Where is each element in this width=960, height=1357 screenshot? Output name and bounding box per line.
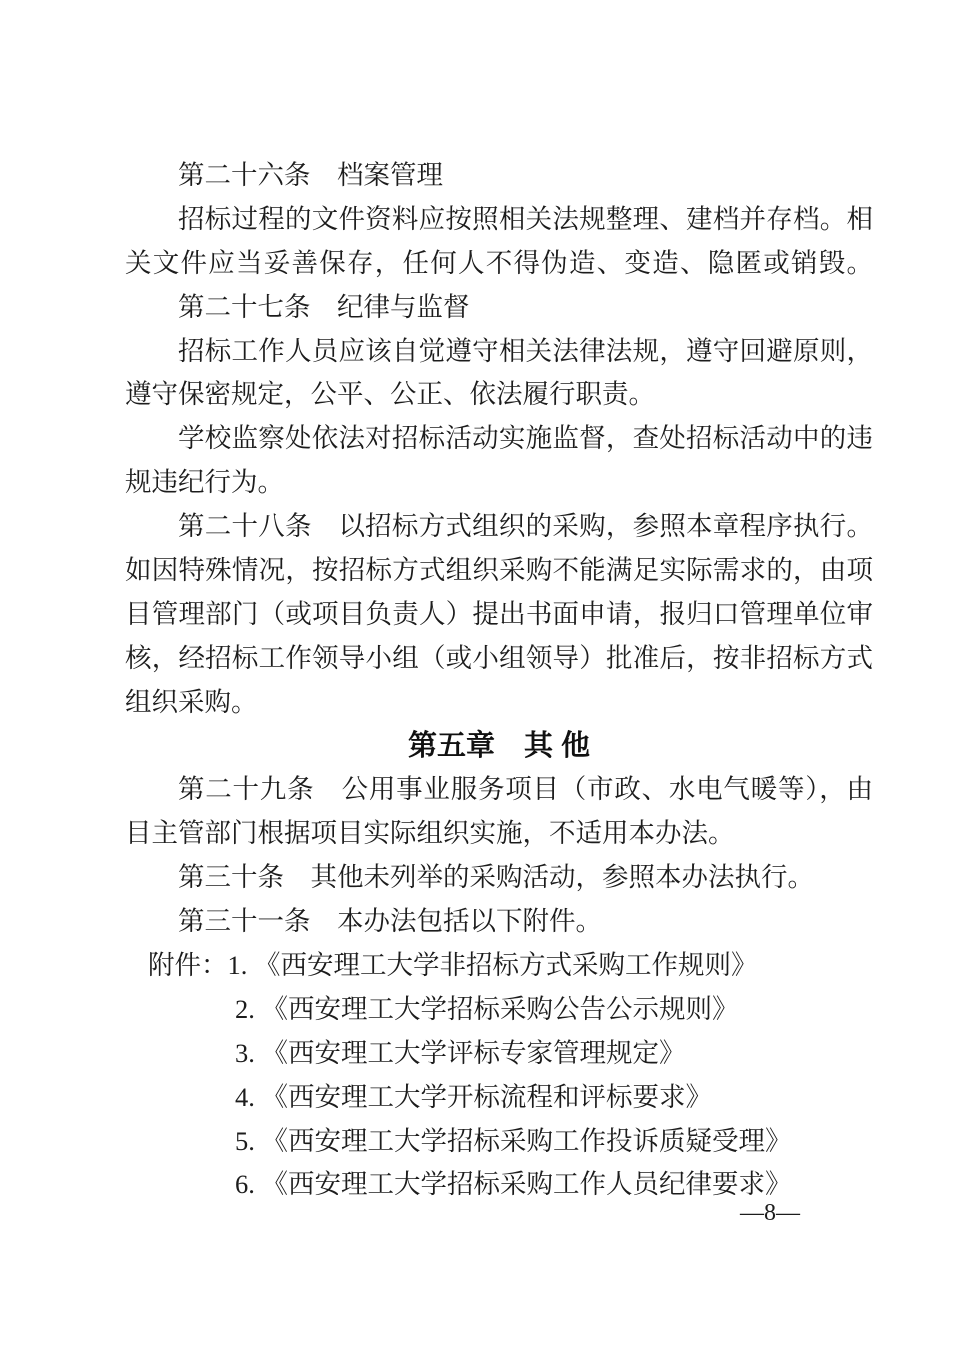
document-line: 如因特殊情况，按招标方式组织采购不能满足实际需求的，由项: [125, 549, 873, 593]
attachment-item: 4. 《西安理工大学开标流程和评标要求》: [125, 1076, 873, 1120]
article-31-line: 第三十一条 本办法包括以下附件。: [125, 900, 873, 944]
attachment-item: 5. 《西安理工大学招标采购工作投诉质疑受理》: [125, 1120, 873, 1164]
document-text-block: 第二十六条 档案管理 招标过程的文件资料应按照相关法规整理、建档并存档。相 关文…: [125, 154, 873, 1207]
chapter-heading: 第五章 其 他: [125, 725, 873, 769]
document-line: 招标过程的文件资料应按照相关法规整理、建档并存档。相: [125, 198, 873, 242]
attachment-item: 2. 《西安理工大学招标采购公告公示规则》: [125, 988, 873, 1032]
page-number: —8—: [700, 1196, 840, 1230]
article-26-title: 第二十六条 档案管理: [125, 154, 873, 198]
document-line: 目管理部门（或项目负责人）提出书面申请，报归口管理单位审: [125, 593, 873, 637]
article-30-line: 第三十条 其他未列举的采购活动，参照本办法执行。: [125, 856, 873, 900]
document-line: 招标工作人员应该自觉遵守相关法律法规，遵守回避原则，: [125, 330, 873, 374]
attachment-item: 3. 《西安理工大学评标专家管理规定》: [125, 1032, 873, 1076]
document-line: 学校监察处依法对招标活动实施监督，查处招标活动中的违: [125, 417, 873, 461]
article-28-line: 第二十八条 以招标方式组织的采购，参照本章程序执行。: [125, 505, 873, 549]
document-line: 规违纪行为。: [125, 461, 873, 505]
scanned-document-page: 第二十六条 档案管理 招标过程的文件资料应按照相关法规整理、建档并存档。相 关文…: [0, 0, 960, 1357]
document-line: 关文件应当妥善保存，任何人不得伪造、变造、隐匿或销毁。: [125, 242, 873, 286]
document-line: 核，经招标工作领导小组（或小组领导）批准后，按非招标方式: [125, 637, 873, 681]
document-line: 遵守保密规定，公平、公正、依法履行职责。: [125, 373, 873, 417]
article-27-title: 第二十七条 纪律与监督: [125, 286, 873, 330]
document-line: 组织采购。: [125, 681, 873, 725]
document-line: 目主管部门根据项目实际组织实施，不适用本办法。: [125, 812, 873, 856]
attachment-item: 附件：1. 《西安理工大学非招标方式采购工作规则》: [125, 944, 873, 988]
article-29-line: 第二十九条 公用事业服务项目（市政、水电气暖等），由项: [125, 768, 873, 812]
